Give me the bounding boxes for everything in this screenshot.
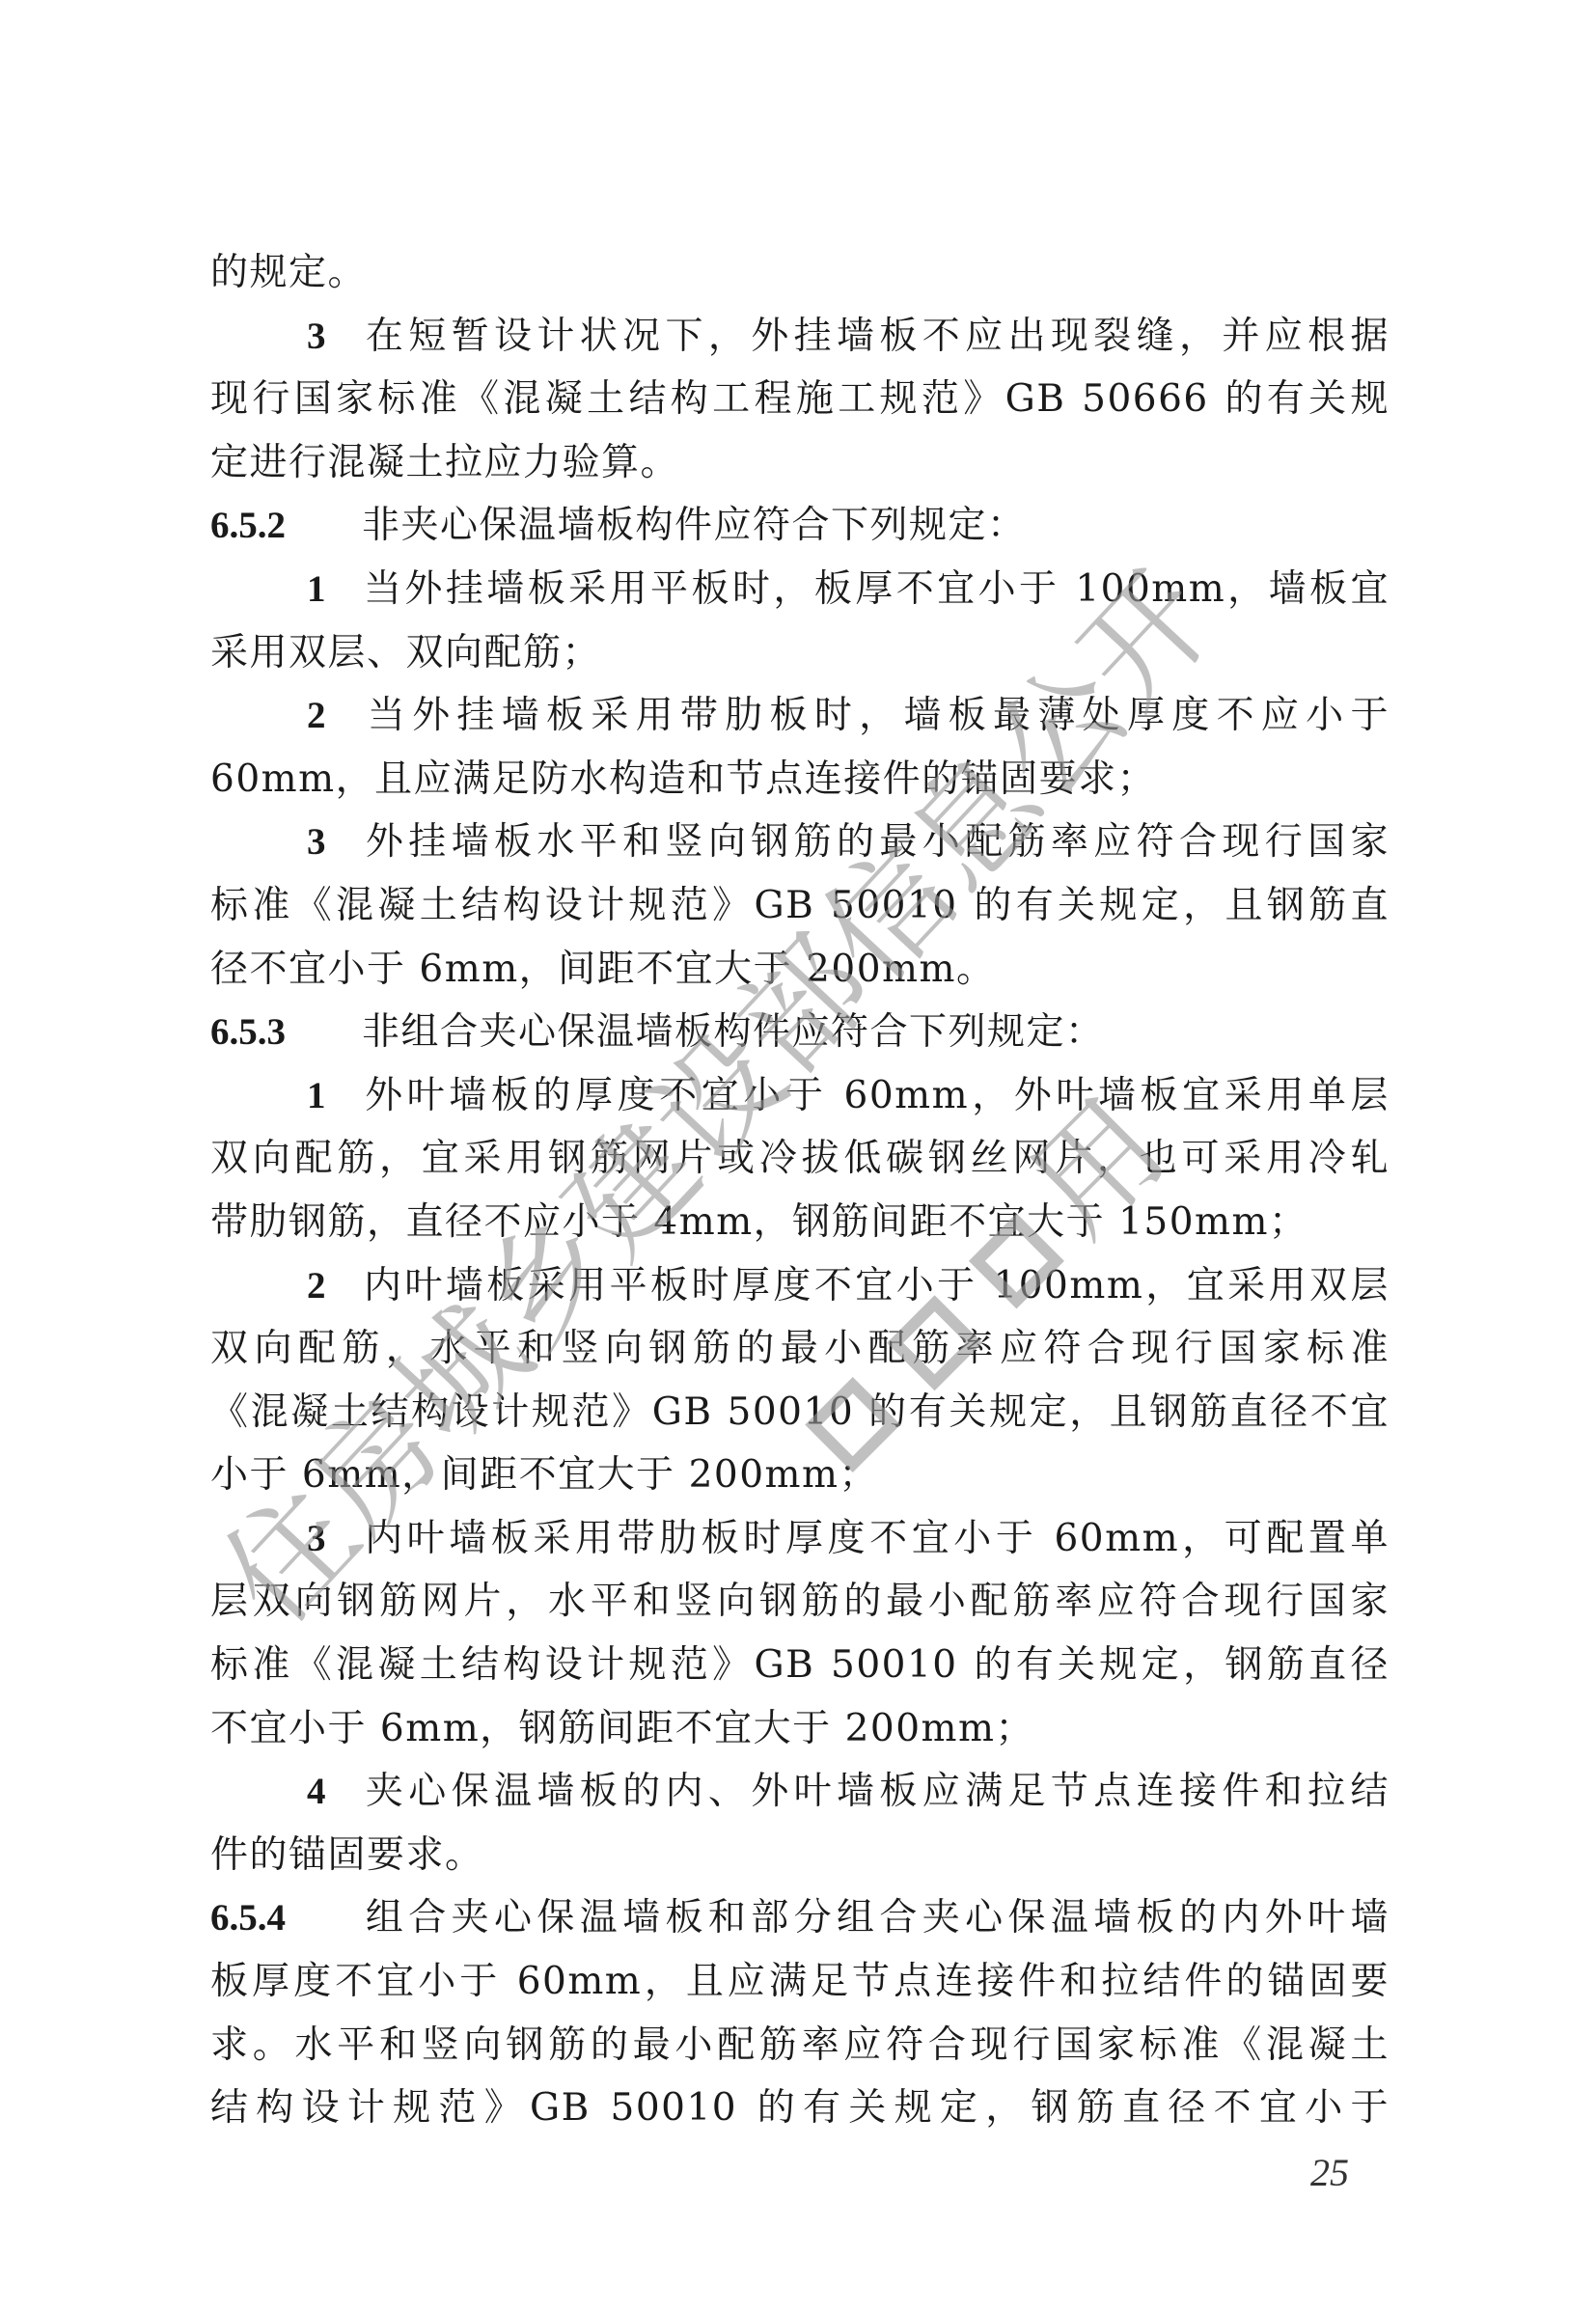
line-text: 带肋钢筋，直径不应小于 4mm，钢筋间距不宜大于 150mm； [210,1200,1307,1244]
line-text: 径不宜小于 6mm，间距不宜大于 200mm。 [210,948,995,991]
text-line: 标准《混凝土结构设计规范》GB 50010 的有关规定，钢筋直径 [210,1634,1390,1697]
text-line: 板厚度不宜小于 60mm，且应满足节点连接件和拉结件的锚固要 [210,1950,1390,2014]
line-text: 外叶墙板的厚度不宜小于 60mm，外叶墙板宜采用单层 [362,1074,1390,1117]
list-item-line: 1当外挂墙板采用平板时，板厚不宜小于 100mm，墙板宜 [210,558,1390,621]
text-line: 径不宜小于 6mm，间距不宜大于 200mm。 [210,938,1390,1002]
clause-heading-line: 6.5.4组合夹心保温墙板和部分组合夹心保温墙板的内外叶墙 [210,1886,1390,1950]
text-line: 60mm，且应满足防水构造和节点连接件的锚固要求； [210,748,1390,812]
line-text: 内叶墙板采用带肋板时厚度不宜小于 60mm，可配置单 [362,1517,1390,1560]
line-text: 当外挂墙板采用带肋板时，墙板最薄处厚度不应小于 [362,694,1390,737]
line-text: 不宜小于 6mm，钢筋间距不宜大于 200mm； [210,1707,1034,1750]
line-text: 在短暂设计状况下，外挂墙板不应出现裂缝，并应根据 [362,315,1390,358]
clause-heading-line: 6.5.3非组合夹心保温墙板构件应符合下列规定： [210,1001,1390,1064]
line-text: 标准《混凝土结构设计规范》GB 50010 的有关规定，钢筋直径 [210,1643,1390,1687]
text-line: 小于 6mm，间距不宜大于 200mm； [210,1444,1390,1507]
list-item-line: 2内叶墙板采用平板时厚度不宜小于 100mm，宜采用双层 [210,1254,1390,1318]
text-line: 的规定。 [210,241,1390,305]
text-line: 双向配筋，水平和竖向钢筋的最小配筋率应符合现行国家标准 [210,1317,1390,1381]
line-text: 求。水平和竖向钢筋的最小配筋率应符合现行国家标准《混凝土 [210,2023,1390,2067]
text-line: 结构设计规范》GB 50010 的有关规定，钢筋直径不宜小于 [210,2077,1390,2140]
text-line: 求。水平和竖向钢筋的最小配筋率应符合现行国家标准《混凝土 [210,2014,1390,2077]
list-item-line: 3外挂墙板水平和竖向钢筋的最小配筋率应符合现行国家 [210,811,1390,874]
line-text: 的规定。 [210,251,367,294]
line-text: 外挂墙板水平和竖向钢筋的最小配筋率应符合现行国家 [362,820,1390,864]
item-number: 4 [307,1760,362,1824]
clause-number: 6.5.3 [210,1001,362,1064]
text-line: 《混凝土结构设计规范》GB 50010 的有关规定，且钢筋直径不宜 [210,1381,1390,1444]
text-line: 采用双层、双向配筋； [210,621,1390,685]
item-number: 1 [307,558,362,621]
clause-number: 6.5.2 [210,494,362,558]
list-item-line: 3在短暂设计状况下，外挂墙板不应出现裂缝，并应根据 [210,305,1390,369]
line-text: 采用双层、双向配筋； [210,631,601,674]
document-page: 的规定。3在短暂设计状况下，外挂墙板不应出现裂缝，并应根据现行国家标准《混凝土结… [0,0,1596,2311]
line-text: 非夹心保温墙板构件应符合下列规定： [362,504,1027,547]
line-text: 内叶墙板采用平板时厚度不宜小于 100mm，宜采用双层 [362,1264,1390,1307]
line-text: 结构设计规范》GB 50010 的有关规定，钢筋直径不宜小于 [210,2086,1390,2130]
line-text: 双向配筋，水平和竖向钢筋的最小配筋率应符合现行国家标准 [210,1327,1390,1370]
line-text: 60mm，且应满足防水构造和节点连接件的锚固要求； [210,757,1156,801]
text-line: 定进行混凝土拉应力验算。 [210,431,1390,495]
text-line: 双向配筋，宜采用钢筋网片或冷拔低碳钢丝网片，也可采用冷轧 [210,1127,1390,1191]
list-item-line: 1外叶墙板的厚度不宜小于 60mm，外叶墙板宜采用单层 [210,1064,1390,1128]
line-text: 件的锚固要求。 [210,1833,484,1877]
item-number: 2 [307,684,362,748]
line-text: 当外挂墙板采用平板时，板厚不宜小于 100mm，墙板宜 [362,567,1390,611]
line-text: 非组合夹心保温墙板构件应符合下列规定： [362,1010,1105,1054]
text-line: 现行国家标准《混凝土结构工程施工规范》GB 50666 的有关规 [210,368,1390,431]
line-text: 夹心保温墙板的内、外叶墙板应满足节点连接件和拉结 [362,1770,1390,1813]
clause-number: 6.5.4 [210,1886,362,1950]
line-text: 板厚度不宜小于 60mm，且应满足节点连接件和拉结件的锚固要 [210,1960,1390,2003]
line-text: 层双向钢筋网片，水平和竖向钢筋的最小配筋率应符合现行国家 [210,1580,1390,1623]
item-number: 3 [307,1507,362,1571]
item-number: 2 [307,1254,362,1318]
line-text: 双向配筋，宜采用钢筋网片或冷拔低碳钢丝网片，也可采用冷轧 [210,1137,1390,1180]
item-number: 1 [307,1064,362,1128]
text-line: 不宜小于 6mm，钢筋间距不宜大于 200mm； [210,1697,1390,1761]
line-text: 标准《混凝土结构设计规范》GB 50010 的有关规定，且钢筋直 [210,884,1390,927]
item-number: 3 [307,305,362,369]
text-line: 层双向钢筋网片，水平和竖向钢筋的最小配筋率应符合现行国家 [210,1570,1390,1634]
text-line: 带肋钢筋，直径不应小于 4mm，钢筋间距不宜大于 150mm； [210,1191,1390,1254]
line-text: 小于 6mm，间距不宜大于 200mm； [210,1453,878,1497]
page-number: 25 [1310,2150,1349,2195]
text-line: 件的锚固要求。 [210,1824,1390,1887]
list-item-line: 3内叶墙板采用带肋板时厚度不宜小于 60mm，可配置单 [210,1507,1390,1571]
list-item-line: 2当外挂墙板采用带肋板时，墙板最薄处厚度不应小于 [210,684,1390,748]
list-item-line: 4夹心保温墙板的内、外叶墙板应满足节点连接件和拉结 [210,1760,1390,1824]
item-number: 3 [307,811,362,874]
line-text: 《混凝土结构设计规范》GB 50010 的有关规定，且钢筋直径不宜 [210,1390,1390,1434]
line-text: 现行国家标准《混凝土结构工程施工规范》GB 50666 的有关规 [210,377,1390,421]
line-text: 组合夹心保温墙板和部分组合夹心保温墙板的内外叶墙 [362,1896,1390,1940]
line-text: 定进行混凝土拉应力验算。 [210,441,679,484]
body-text: 的规定。3在短暂设计状况下，外挂墙板不应出现裂缝，并应根据现行国家标准《混凝土结… [210,241,1390,2140]
clause-heading-line: 6.5.2非夹心保温墙板构件应符合下列规定： [210,494,1390,558]
text-line: 标准《混凝土结构设计规范》GB 50010 的有关规定，且钢筋直 [210,874,1390,938]
